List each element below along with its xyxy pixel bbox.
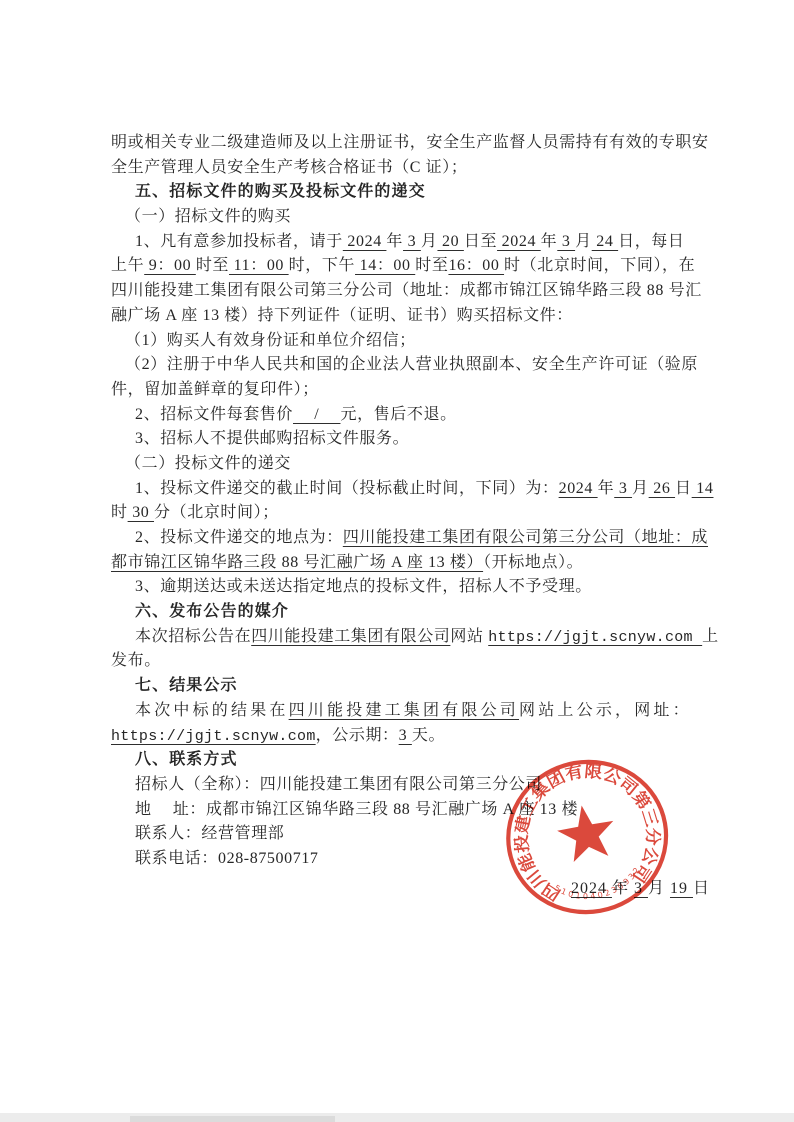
underlined-text: 2024 (497, 233, 541, 250)
doc-line: 发布。 (111, 649, 710, 674)
scan-bottom-edge (0, 1113, 794, 1122)
text-run: 联系电话：028-87500717 (135, 850, 319, 867)
doc-line: 四川能投建工集团有限公司第三分公司（地址：成都市锦江区锦华路三段 88 号汇 (111, 279, 710, 304)
text-run: 联系人：经营管理部 (135, 825, 284, 842)
text-run: 日，每日 (618, 233, 684, 250)
doc-line: 融广场 A 座 13 楼）持下列证件（证明、证书）购买招标文件： (111, 304, 710, 329)
doc-line: 七、结果公示 (111, 674, 710, 699)
doc-line: 件，留加盖鲜章的复印件）； (111, 378, 710, 403)
underlined-text: 19 (670, 880, 693, 897)
doc-line: 上午 9：00 时至 11：00 时，下午 14：00 时至16：00 时（北京… (111, 254, 710, 279)
doc-line: 明或相关专业二级建造师及以上注册证书，安全生产监督人员需持有有效的专职安 (111, 131, 710, 156)
text-run: 时至 (415, 257, 448, 274)
text-run: 1、投标文件递交的截止时间（投标截止时间，下同）为： (135, 480, 559, 497)
underlined-text: 四川能投建工集团有限公司 (289, 702, 519, 719)
text-run: 年 (386, 233, 403, 250)
doc-line: （二）投标文件的递交 (111, 452, 710, 477)
text-run: 本次招标公告在 (135, 628, 251, 645)
text-run: 明或相关专业二级建造师及以上注册证书，安全生产监督人员需持有有效的专职安 (111, 134, 709, 151)
doc-line: 2、招标文件每套售价 / 元，售后不退。 (111, 403, 710, 428)
doc-line: 联系电话：028-87500717 (111, 847, 710, 872)
text-run: 2、投标文件递交的地点为： (135, 529, 343, 546)
doc-line: 本次中标的结果在四川能投建工集团有限公司网站上公示，网址： (111, 699, 710, 724)
text-run: 八、联系方式 (135, 751, 238, 768)
doc-line: 1、凡有意参加投标者，请于 2024 年 3 月 20 日至 2024 年 3 … (111, 230, 710, 255)
doc-lines: 明或相关专业二级建造师及以上注册证书，安全生产监督人员需持有有效的专职安全生产管… (0, 0, 794, 901)
underlined-text: 26 (649, 480, 675, 497)
text-run: （2）注册于中华人民共和国的企业法人营业执照副本、安全生产许可证（验原 (125, 356, 698, 373)
doc-line: 招标人（全称）：四川能投建工集团有限公司第三分公司 (111, 773, 710, 798)
underlined-text: 14：00 (355, 257, 415, 274)
underlined-text: 3 (614, 480, 632, 497)
underlined-text: 16：00 (448, 257, 504, 274)
text-run: 发布。 (111, 652, 161, 669)
underlined-text: 14 (692, 480, 714, 497)
text-run: 年 (612, 880, 634, 897)
text-run: 招标人（全称）：四川能投建工集团有限公司第三分公司 (135, 776, 542, 793)
text-run: 日 (675, 480, 692, 497)
text-run: 月 (421, 233, 438, 250)
doc-line: 时 30 分（北京时间）； (111, 501, 710, 526)
text-run: 七、结果公示 (135, 677, 238, 694)
underlined-text: 3 (399, 727, 412, 744)
underlined-text: 30 (128, 504, 154, 521)
underlined-text: / (293, 406, 340, 423)
underlined-text: 9：00 (144, 257, 196, 274)
underlined-text: https://jgjt.scnyw.com (111, 728, 316, 745)
text-run: 六、发布公告的媒介 (135, 603, 289, 620)
doc-line: 全生产管理人员安全生产考核合格证书（C 证）； (111, 156, 710, 181)
text-run: 天。 (412, 727, 445, 744)
doc-line: 1、投标文件递交的截止时间（投标截止时间，下同）为：2024 年 3 月 26 … (111, 477, 710, 502)
doc-line: 六、发布公告的媒介 (111, 600, 710, 625)
underlined-text: 20 (437, 233, 463, 250)
underlined-text: 3 (557, 233, 575, 250)
text-run: 时（北京时间，下同），在 (504, 257, 695, 274)
text-run: 地 址：成都市锦江区锦华路三段 88 号汇融广场 A 座 13 楼 (135, 801, 578, 818)
text-run: 月 (632, 480, 649, 497)
text-run: 本次中标的结果在 (135, 702, 289, 719)
text-run: 融广场 A 座 13 楼）持下列证件（证明、证书）购买招标文件： (111, 307, 573, 324)
text-run: 上午 (111, 257, 144, 274)
text-run: 3、逾期送达或未送达指定地点的投标文件，招标人不予受理。 (135, 578, 592, 595)
underlined-text: 2024 (571, 880, 612, 897)
text-run: 元，售后不退。 (340, 406, 456, 423)
doc-line: 3、招标人不提供邮购招标文件服务。 (111, 427, 710, 452)
text-run: 时 (111, 504, 128, 521)
underlined-text: 2024 (559, 480, 598, 497)
text-run: 月 (575, 233, 592, 250)
doc-line: （2）注册于中华人民共和国的企业法人营业执照副本、安全生产许可证（验原 (111, 353, 710, 378)
doc-line: 联系人：经营管理部 (111, 822, 710, 847)
text-run: 时至 (196, 257, 229, 274)
text-run: 分（北京时间）； (154, 504, 279, 521)
text-run: 2、招标文件每套售价 (135, 406, 293, 423)
text-run: （一）招标文件的购买 (125, 208, 291, 225)
doc-line: 2、投标文件递交的地点为：四川能投建工集团有限公司第三分公司（地址：成 (111, 526, 710, 551)
text-run: 网站上公示，网址： (519, 702, 692, 719)
underlined-text: https://jgjt.scnyw.com (488, 629, 702, 646)
doc-line: 都市锦江区锦华路三段 88 号汇融广场 A 座 13 楼）（开标地点）。 (111, 551, 710, 576)
doc-line: https://jgjt.scnyw.com，公示期：3 天。 (111, 724, 710, 749)
text-run: 日 (693, 880, 710, 897)
text-run: 年 (598, 480, 615, 497)
text-run: 日至 (464, 233, 497, 250)
underlined-text: 24 (592, 233, 618, 250)
issue-date: 2024 年 3 月 19 日 (111, 877, 710, 902)
doc-line: 本次招标公告在四川能投建工集团有限公司网站 https://jgjt.scnyw… (111, 625, 710, 650)
text-run: 件，留加盖鲜章的复印件）； (111, 381, 319, 398)
underlined-text: 2024 (343, 233, 387, 250)
text-run: （1）购买人有效身份证和单位介绍信； (125, 332, 416, 349)
text-run: ，公示期： (316, 727, 399, 744)
scan-bottom-artifact (130, 1116, 335, 1122)
text-run: 3、招标人不提供邮购招标文件服务。 (135, 430, 409, 447)
underlined-text: 四川能投建工集团有限公司 (251, 628, 450, 645)
text-run: 全生产管理人员安全生产考核合格证书（C 证）； (111, 159, 467, 176)
text-run: 时，下午 (289, 257, 355, 274)
text-run: 上 (702, 628, 719, 645)
doc-line: 3、逾期送达或未送达指定地点的投标文件，招标人不予受理。 (111, 575, 710, 600)
underlined-text: 11：00 (229, 257, 289, 274)
text-run: 1、凡有意参加投标者，请于 (135, 233, 343, 250)
underlined-text: 3 (634, 880, 648, 897)
doc-line: （1）购买人有效身份证和单位介绍信； (111, 329, 710, 354)
doc-line: 地 址：成都市锦江区锦华路三段 88 号汇融广场 A 座 13 楼 (111, 798, 710, 823)
doc-line: 五、招标文件的购买及投标文件的递交 (111, 180, 710, 205)
underlined-text: 3 (403, 233, 421, 250)
doc-line: （一）招标文件的购买 (111, 205, 710, 230)
text-run: 月 (648, 880, 670, 897)
doc-line: 八、联系方式 (111, 748, 710, 773)
text-run: 网站 (450, 628, 488, 645)
text-run: 四川能投建工集团有限公司第三分公司（地址：成都市锦江区锦华路三段 88 号汇 (111, 282, 702, 299)
text-run: 年 (541, 233, 558, 250)
text-run: （开标地点）。 (483, 554, 583, 571)
text-run: （二）投标文件的递交 (125, 455, 291, 472)
underlined-text: 都市锦江区锦华路三段 88 号汇融广场 A 座 13 楼） (111, 554, 483, 571)
scanned-tender-document-page: 明或相关专业二级建造师及以上注册证书，安全生产监督人员需持有有效的专职安全生产管… (0, 0, 794, 1122)
text-run: 五、招标文件的购买及投标文件的递交 (135, 183, 426, 200)
underlined-text: 四川能投建工集团有限公司第三分公司（地址：成 (343, 529, 708, 546)
